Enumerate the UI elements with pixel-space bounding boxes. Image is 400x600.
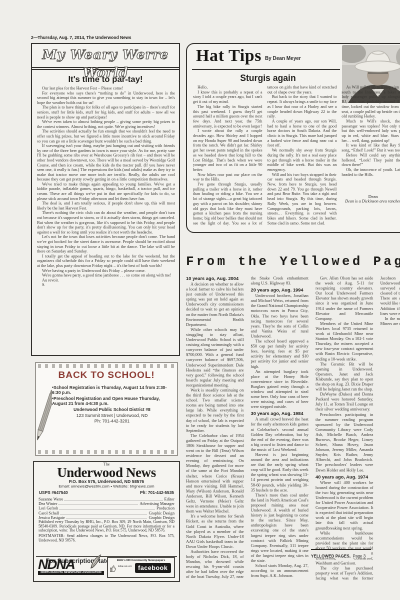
ad-line-school-district: Underwood Public School District #8 bbox=[52, 407, 172, 412]
ad-body: •School Registration is Thursday, August… bbox=[52, 383, 172, 446]
dotted-leader bbox=[66, 518, 147, 519]
paragraph: There's more than coal under the land in… bbox=[251, 493, 309, 564]
dotted-leader bbox=[65, 500, 163, 501]
masthead-usps-phone-row: USPS #647540 Ph: 701-442-5535 bbox=[34, 490, 179, 496]
paragraph: Members of the United Mine Workers local… bbox=[316, 321, 374, 361]
paragraph: School starts Monday, Aug. 27, according… bbox=[251, 564, 309, 579]
article-headline: It's time to par-tay! bbox=[34, 74, 177, 84]
masthead-prefix: The bbox=[34, 462, 179, 466]
paragraph: Preschoolers participating in the summer… bbox=[316, 412, 374, 473]
paragraph: Work is steadily continuing on the third… bbox=[186, 388, 244, 433]
quill-icon bbox=[87, 554, 102, 570]
dotted-leader bbox=[59, 505, 138, 506]
weary-werre-world-column: My Weary Werre World It's time to par-ta… bbox=[31, 43, 180, 356]
newspaper-name: Underwood News bbox=[34, 466, 179, 479]
back-to-school-ad: BACK TO SCHOOL! •School Registration is … bbox=[35, 362, 178, 456]
hat-tips-column: Hat Tips By Dean Meyer Sturgis again Hel… bbox=[186, 43, 400, 233]
ad-line-phone: Ph: 701-442-3201 bbox=[52, 419, 172, 424]
paragraph: An attempted burglary took place at the … bbox=[251, 369, 309, 409]
page-header-text: 2—Thursday, Aug. 7, 2014, The Underwood … bbox=[31, 35, 211, 40]
newspaper-page: { "colors": { "paper": "#efeeea", "ink":… bbox=[0, 0, 400, 600]
ad-line-address: 123 Summit Street | Underwood, ND bbox=[52, 413, 172, 418]
header-rule bbox=[192, 69, 340, 70]
yellowed-pages-body: 10 years ago, Aug. 2004 A decision on wh… bbox=[186, 276, 400, 584]
facebook-promo-row: Like us on facebook bbox=[110, 563, 172, 573]
paragraph: If scavenging isn't your thing, maybe ju… bbox=[37, 144, 175, 182]
dotted-leader bbox=[60, 509, 155, 510]
article-signoff: Dean Dean is a Dickinson area rancher bbox=[337, 194, 400, 227]
author-bio: Dean is a Dickinson area rancher bbox=[337, 199, 400, 204]
article-headline: Sturgis again bbox=[187, 73, 349, 83]
paragraph: The big bike rally in Sturgis started th… bbox=[193, 104, 262, 128]
facebook-like-text: Like us on bbox=[118, 565, 133, 572]
page-header: 2—Thursday, Aug. 7, 2014, The Underwood … bbox=[31, 35, 211, 42]
paragraph: Now bikes roar past our place on the way… bbox=[193, 172, 262, 182]
ad-line-preschool: •Preschool Registration and Open House T… bbox=[52, 396, 172, 406]
paragraph: Gov. Allen Olson has set aside the week … bbox=[316, 276, 374, 321]
paragraph: We've tried to make things again appeali… bbox=[37, 182, 175, 201]
paragraph: We've even taken to almost bribing peopl… bbox=[37, 120, 175, 130]
newspaper-masthead-box: The Underwood News P.O. Box 575, Underwo… bbox=[33, 461, 180, 582]
ad-border-decoration bbox=[38, 450, 175, 454]
signature: S. bbox=[37, 283, 175, 288]
ad-title: BACK TO SCHOOL! bbox=[36, 370, 177, 381]
paragraph: A small crowd braved the heat for the ea… bbox=[251, 417, 309, 452]
paragraph: The Coleharbor class of 1954 gathered on… bbox=[186, 433, 244, 514]
pencil-icon bbox=[37, 389, 52, 447]
paragraph: The Ceramic Bit will be opening in Under… bbox=[316, 362, 374, 392]
jump-label: YELLOWED PAGES, bbox=[311, 554, 351, 558]
paragraph: It's a welcome home for Sarah Bickert, a… bbox=[186, 514, 244, 549]
paragraph: DuWayne (Dukes) and Donna Packard were h… bbox=[316, 392, 374, 412]
facebook-promo-box: BHG's ND Community Newspapers Like us on… bbox=[107, 557, 175, 578]
dotted-leader bbox=[60, 514, 147, 515]
article-body: Our last plea for the Harvest Fest – Ple… bbox=[37, 86, 175, 352]
paragraph: A couple of years ago, our son Will, had… bbox=[267, 119, 336, 148]
paragraph: Much to Will's shock, the lady passenger… bbox=[342, 119, 400, 143]
ad-border-decoration bbox=[38, 364, 175, 368]
paragraph: It was kind of like that Ray Stevens son… bbox=[342, 143, 400, 153]
paragraph: The activities should actually be fun en… bbox=[37, 129, 175, 143]
paragraph: We normally shy away from Sturgis during… bbox=[267, 148, 336, 172]
paragraph: Oh, the innocence of youth. Later, I'm h… bbox=[342, 167, 400, 177]
paragraph: In the meantime, the Northern Miners are… bbox=[380, 316, 400, 326]
column-masthead: My Weary Werre World bbox=[32, 44, 179, 70]
column-byline: By Dean Meyer bbox=[265, 56, 325, 63]
paragraph: Harvest is just beginning around the are… bbox=[251, 453, 309, 493]
paragraph: There's nothing the civic club can do ab… bbox=[37, 211, 175, 235]
section-heading-30-years: 30 years ago, Aug. 1984 bbox=[251, 411, 309, 416]
ndna-logo: NDNA NORTH DAKOTA NEWSPAPER ASSOCIATION bbox=[38, 557, 104, 575]
postmaster-text: POSTMASTER: Send address changes to The … bbox=[39, 534, 175, 543]
paragraph: Before Will could say anything, BJ holle… bbox=[342, 153, 400, 168]
paragraph: I totally get the appeal of heading out … bbox=[37, 254, 175, 268]
paragraph: For everyone who says there's “nothing t… bbox=[37, 91, 175, 105]
staff-list: Suzanne WerreEditor Dea WinterAdvertisin… bbox=[34, 497, 179, 520]
ad-line-registration: •School Registration is Thursday, August… bbox=[52, 385, 172, 395]
column-title: Hat Tips bbox=[196, 46, 262, 66]
paragraph: I wrote about the rally a couple decades… bbox=[193, 129, 262, 173]
masthead-logos-row: NDNA NORTH DAKOTA NEWSPAPER ASSOCIATION … bbox=[38, 557, 175, 579]
publish-info-text: Published every Thursday by BHG, Inc., P… bbox=[39, 520, 175, 533]
paragraph: Let's not be the town that loses activit… bbox=[37, 235, 175, 254]
ndna-logo-bar: NORTH DAKOTA NEWSPAPER ASSOCIATION bbox=[38, 571, 104, 575]
paragraph: As Will pulled up to a stop sign to turn… bbox=[342, 85, 400, 119]
facebook-wordmark: facebook bbox=[135, 563, 171, 573]
usps-number: USPS #647540 bbox=[39, 490, 68, 495]
masthead-contact: Email: unnews@westriv.com • Website: bhg… bbox=[34, 484, 179, 489]
jump-page: Page 3 bbox=[353, 554, 366, 558]
paragraph: But back to the story that I wanted to r… bbox=[267, 95, 336, 119]
yellowed-pages-title: From the Yellowed Pages bbox=[186, 254, 400, 269]
paragraph: Underwood brothers, Jonathan and Michael… bbox=[251, 294, 309, 339]
paragraph: The school board approved a $50 cap per … bbox=[251, 339, 309, 369]
paragraph: The deal is, and I am totally serious, i… bbox=[37, 201, 175, 211]
continuation-jump-line: YELLOWED PAGES, Page 3 bbox=[311, 549, 371, 558]
section-heading-20-years: 20 years ago, Aug. 1994 bbox=[251, 288, 309, 293]
publishing-info: Published every Thursday by BHG, Inc., P… bbox=[34, 520, 179, 556]
paragraph: I know this is probably a repeat of a st… bbox=[193, 90, 262, 105]
section-heading-10-years: 10 years ago, Aug. 2004 bbox=[186, 276, 244, 281]
thumbs-up-icon bbox=[110, 565, 116, 572]
paragraph: A decision on whether to allow a local f… bbox=[186, 282, 244, 327]
facebook-promo-header: BHG's ND Community Newspapers bbox=[110, 559, 172, 562]
paragraph: While other schools may be struggling to… bbox=[186, 327, 244, 388]
masthead-phone: Ph: 701-442-5535 bbox=[140, 490, 174, 495]
paragraph: Where will 400 workers be housed during … bbox=[316, 480, 374, 530]
paragraph: Will and his two boys strapped in their … bbox=[267, 172, 336, 225]
paragraph: The plan is to have things for folks of … bbox=[37, 105, 175, 119]
section-heading-40-years: 40 years ago, Aug. 1974 bbox=[316, 474, 374, 479]
